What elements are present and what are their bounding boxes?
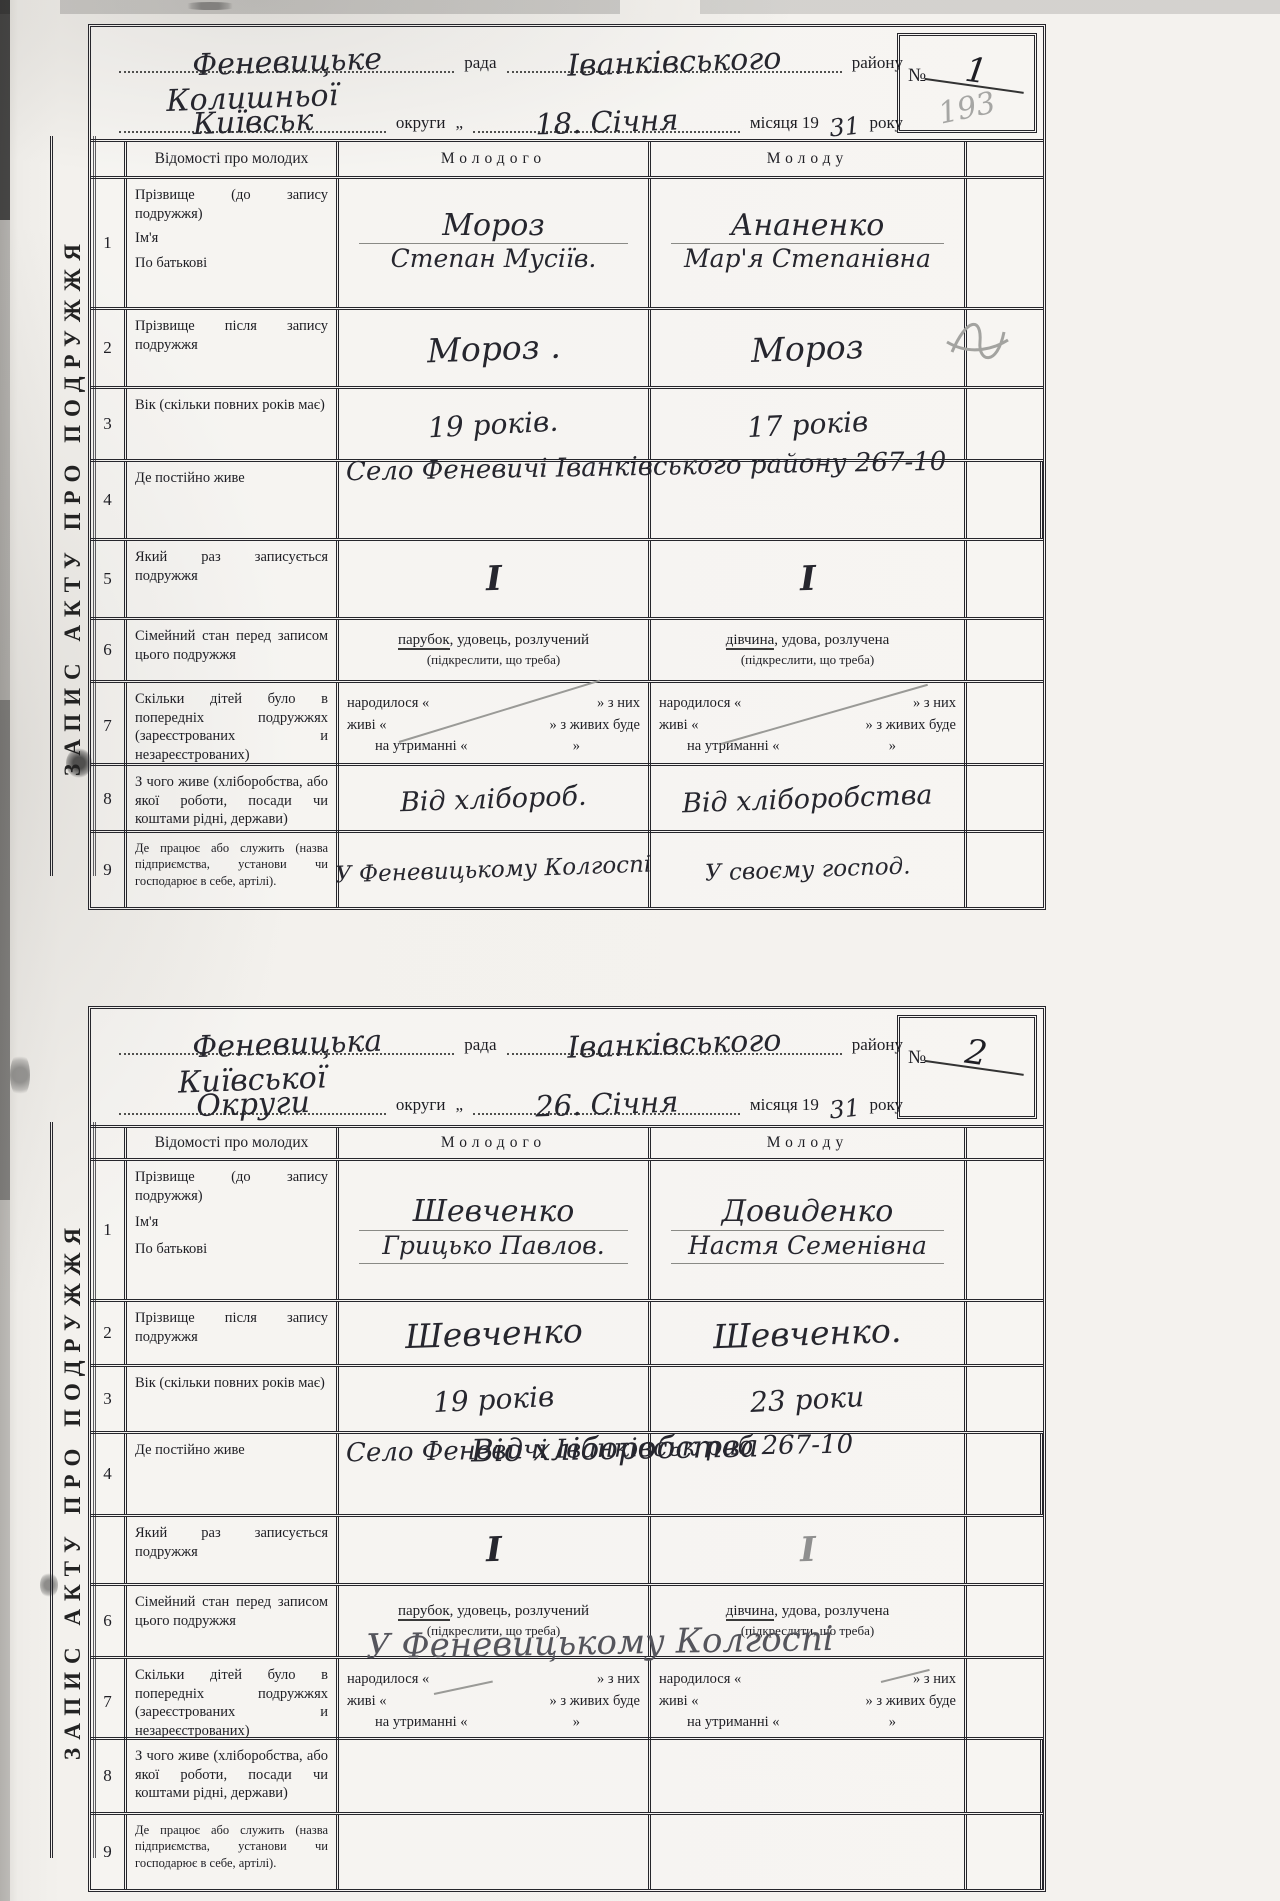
row-number-header [91,1128,127,1158]
bride-workplace-cell [651,1815,967,1889]
number-label: № [908,65,926,87]
dependents-label: на утриманні « [687,1712,780,1734]
margin-column-header [967,1128,1043,1158]
scanned-registry-page: ЗАПИС АКТУ ПРО ПОДРУЖЖЯ ЗАПИС АКТУ ПРО П… [0,0,1280,1901]
pencil-scribble [942,312,1012,372]
margin-cell [967,179,1043,307]
alive-will-be-label: » з живих буде [550,1691,640,1713]
quote-close: » [889,736,896,758]
quote-close: » [889,1712,896,1734]
table-row: 9 Де працює або служить (назва підприємс… [91,1815,1043,1889]
year-handwritten: 31 [828,116,860,138]
table-header-row: Відомості про молодих Молодого Молоду [91,142,1043,179]
marriage-record-form-1: Феневицьке рада Іванківського району Кол… [88,24,1046,910]
born-label: народилося « [347,693,429,715]
question-residence: Де постійно живе [127,462,339,538]
table-row: 3 Вік (скільки повних років має) 19 рокі… [91,1367,1043,1434]
bride-surname-name-cell: Ананенко Мар'я Степанівна [651,179,967,307]
margin-cell [967,1740,1043,1812]
groom-surname-after-cell: Шевченко [339,1302,651,1364]
date-handwritten: 26. Січня [535,1091,679,1119]
bride-column-header: Молоду [651,1128,967,1158]
question-income-source: З чого живе (хліборобства, або якої робо… [127,1740,339,1812]
bride-column-header: Молоду [651,142,967,176]
groom-age-cell: 19 років. [339,389,651,459]
question-surname-after: Прізвище після запису подружжя [127,310,339,386]
question-children-count: Скільки дітей було в попередніх подружжя… [127,1659,339,1744]
groom-age-handwritten: 19 років [432,1379,555,1418]
row-number: 5 [91,541,127,617]
bride-children-cell: народилося «» з них живі «» з живих буде… [651,1659,967,1744]
groom-surname-name-cell: Шевченко Грицько Павлов. [339,1161,651,1299]
bride-marriage-count-handwritten: І [799,559,816,600]
record-number-box: № 1 193 [897,33,1037,133]
groom-workplace-cell [339,1815,651,1889]
status-options: , удовець, розлучений [450,632,589,648]
ink-blot [10,1052,30,1098]
number-label: № [908,1047,926,1069]
table-row: 9 Де працює або служить (назва підприємс… [91,833,1043,907]
groom-income-cell [339,1740,651,1812]
question-surname-before: Прізвище (до запису подружжя) Ім'я По ба… [127,179,339,307]
row-number: 2 [91,310,127,386]
bride-income-cell [651,1740,967,1812]
row-number: 3 [91,1367,127,1431]
groom-surname-after-handwritten: Шевченко [404,1310,583,1355]
quote-mark: „ [455,113,463,133]
council-name-handwritten: Феневицька [191,1030,382,1061]
underlined-status: дівчина [726,1603,775,1621]
margin-cell [967,1434,1043,1514]
question-age: Вік (скільки повних років має) [127,389,339,459]
of-them-label: » з них [597,1669,640,1691]
alive-label: живі « [347,715,387,737]
question-surname-after: Прізвище після запису подружжя [127,1302,339,1364]
year-handwritten: 31 [828,1098,860,1120]
margin-cell [967,1161,1043,1299]
dependents-label: на утриманні « [375,1712,468,1734]
margin-cell [967,683,1043,768]
workplace-handwritten: У Феневицькому Колгоспі [366,1619,834,1667]
groom-surname-handwritten: Шевченко [413,1194,575,1229]
margin-cell [967,833,1043,907]
vertical-caption-label: ЗАПИС АКТУ ПРО ПОДРУЖЖЯ [60,236,86,776]
underlined-status: дівчина [726,632,775,650]
record-number-box: № 2 [897,1015,1037,1119]
bride-name-handwritten: Мар'я Степанівна [684,244,931,273]
row-number: 2 [91,1302,127,1364]
margin-cell [967,1659,1043,1744]
record-table: Відомості про молодих Молодого Молоду 1 … [91,139,1043,907]
groom-marriage-count-cell: І [339,541,651,617]
groom-income-cell: Від хлібороб. [339,766,651,833]
bride-surname-after-cell: Мороз [651,310,967,386]
alive-label: живі « [659,1691,699,1713]
groom-name-handwritten: Степан Мусіїв. [391,244,597,273]
council-label: рада [464,1035,496,1055]
question-age: Вік (скільки повних років має) [127,1367,339,1431]
okruha-label: округи [396,1095,446,1115]
row-number: 7 [91,1659,127,1744]
question-line: Прізвище (до запису подружжя) [135,1168,328,1205]
groom-column-header: Молодого [339,1128,651,1158]
groom-children-cell: народилося «» з них живі «» з живих буде… [339,683,651,768]
row-number: 9 [91,1815,127,1889]
row-number: 9 [91,833,127,907]
vertical-caption-label: ЗАПИС АКТУ ПРО ПОДРУЖЖЯ [60,1220,86,1760]
question-line: Ім'я [135,229,328,248]
alive-label: живі « [347,1691,387,1713]
alive-will-be-label: » з живих буде [866,1691,956,1713]
question-surname-before: Прізвище (до запису подружжя) Ім'я По ба… [127,1161,339,1299]
bride-workplace-cell: У своєму господ. [651,833,967,907]
okruha-name-handwritten: Колишньої Київськ [118,82,386,139]
row-number: 3 [91,389,127,459]
table-header-row: Відомості про молодих Молодого Молоду [91,1128,1043,1161]
groom-name-handwritten: Грицько Павлов. [382,1231,604,1260]
row-number: 4 [91,462,127,538]
table-row: 1 Прізвище (до запису подружжя) Ім'я По … [91,1161,1043,1302]
okruha-label: округи [396,113,446,133]
groom-marriage-count-handwritten: І [485,559,502,600]
question-income-source: З чого живе (хліборобства, або якої робо… [127,766,339,833]
alive-will-be-label: » з живих буде [866,715,956,737]
groom-surname-after-cell: Мороз . [339,310,651,386]
dependents-label: на утриманні « [375,736,468,758]
groom-marriage-count-handwritten: І [485,1530,502,1571]
groom-income-handwritten: Від хлібороб. [400,781,588,818]
income-handwritten: Від хліборобства [471,1428,759,1469]
born-label: народилося « [659,693,741,715]
district-label: району [852,1035,903,1055]
quote-close: » [573,736,580,758]
status-options: , удовець, розлучений [450,1603,589,1619]
district-name-handwritten: Іванківського [567,47,782,78]
born-label: народилося « [659,1669,741,1691]
bride-surname-after-handwritten: Мороз [751,327,865,370]
bride-marriage-count-cell: І [651,1517,967,1583]
question-line: Прізвище (до запису подружжя) [135,186,328,223]
council-label: рада [464,53,496,73]
question-marital-status: Сімейний стан перед записом цього подруж… [127,1586,339,1656]
district-name-handwritten: Іванківського [567,1029,782,1060]
row-number: 7 [91,683,127,768]
table-row: 2 Прізвище після запису подружжя Шевченк… [91,1302,1043,1367]
row-number-header [91,142,127,176]
margin-column-header [967,142,1043,176]
status-options: , удова, розлучена [774,1603,889,1619]
table-row: 8 З чого живе (хліборобства, або якої ро… [91,766,1043,833]
bride-children-cell: народилося «» з них живі «» з живих буде… [651,683,967,768]
table-row: 6 Сімейний стан перед записом цього подр… [91,620,1043,683]
row-number: 1 [91,1161,127,1299]
question-children-count: Скільки дітей було в попередніх подружжя… [127,683,339,768]
table-row: 7 Скільки дітей було в попередніх подруж… [91,683,1043,766]
groom-age-cell: 19 років [339,1367,651,1431]
form-header: Феневицька рада Іванківського району Киї… [91,1009,1043,1125]
question-marriage-count: Який раз записується подружжя [127,541,339,617]
question-marital-status: Сімейний стан перед записом цього подруж… [127,620,339,680]
status-options: , удова, розлучена [774,632,889,648]
groom-surname-handwritten: Мороз [442,208,544,243]
groom-column-header: Молодого [339,142,651,176]
groom-marriage-count-cell: І [339,1517,651,1583]
bride-marriage-count-handwritten: І [799,1530,816,1571]
info-column-header: Відомості про молодих [127,1128,339,1158]
bride-age-handwritten: 17 років [746,404,869,443]
question-line: По батькові [135,254,328,273]
table-row: 5 Який раз записується подружжя І І [91,541,1043,620]
bride-surname-handwritten: Ананенко [731,208,885,243]
table-row: 2 Прізвище після запису подружжя Мороз .… [91,310,1043,389]
council-name-handwritten: Феневицьке [192,48,383,79]
month-year-label: місяця 19 [750,1095,819,1115]
row-number: 6 [91,620,127,680]
district-label: району [852,53,903,73]
row-number [91,1517,127,1583]
table-row: 4 Де постійно живе Село Феневичі Іванків… [91,462,1043,541]
of-them-label: » з них [597,693,640,715]
margin-cell [967,1586,1043,1656]
record-table: Відомості про молодих Молодого Молоду 1 … [91,1125,1043,1889]
record-number-handwritten: 2 [925,1033,1028,1076]
underline-hint: (підкреслити, що треба) [347,652,640,668]
question-line: По батькові [135,1240,328,1259]
table-row: 8 З чого живе (хліборобства, або якої ро… [91,1740,1043,1815]
alive-will-be-label: » з живих буде [550,715,640,737]
question-residence: Де постійно живе [127,1434,339,1514]
margin-cell [967,620,1043,680]
bride-surname-after-cell: Шевченко. [651,1302,967,1364]
margin-cell [967,766,1043,833]
row-number: 8 [91,1740,127,1812]
info-column-header: Відомості про молодих [127,142,339,176]
margin-cell [967,1517,1043,1583]
bride-surname-handwritten: Довиденко [722,1194,894,1229]
margin-cell [967,541,1043,617]
bride-surname-name-cell: Довиденко Настя Семенівна [651,1161,967,1299]
bride-income-handwritten: Від хліборобства [682,779,933,819]
groom-workplace-handwritten: У Феневицькому Колгоспі [335,851,652,888]
question-line: Ім'я [135,1213,328,1232]
alive-label: живі « [659,715,699,737]
margin-cell [967,1302,1043,1364]
bride-age-cell: 23 роки [651,1367,967,1431]
bride-workplace-handwritten: У своєму господ. [704,853,910,886]
okruha-name-handwritten: Київської Округи [118,1064,386,1121]
question-marriage-count: Який раз записується подружжя [127,1517,339,1583]
of-them-label: » з них [913,693,956,715]
quote-mark: „ [455,1095,463,1115]
born-label: народилося « [347,1669,429,1691]
groom-age-handwritten: 19 років. [428,404,560,444]
date-handwritten: 18. Січня [535,109,679,137]
table-row: 7 Скільки дітей було в попередніх подруж… [91,1659,1043,1740]
question-workplace: Де працює або служить (назва підприємств… [127,1815,339,1889]
ink-blot [180,2,240,10]
margin-cell [967,1367,1043,1431]
bride-marriage-count-cell: І [651,541,967,617]
marriage-record-form-2: Феневицька рада Іванківського району Киї… [88,1006,1046,1892]
margin-cell [967,1815,1043,1889]
margin-cell [967,462,1043,538]
underlined-status: парубок [398,1603,450,1621]
bride-surname-after-handwritten: Шевченко. [713,1310,903,1356]
margin-cell [967,389,1043,459]
form-header: Феневицьке рада Іванківського району Кол… [91,27,1043,139]
quote-close: » [573,1712,580,1734]
underlined-status: парубок [398,632,450,650]
row-number: 4 [91,1434,127,1514]
groom-children-cell: народилося «» з них живі «» з живих буде… [339,1659,651,1744]
row-number: 6 [91,1586,127,1656]
groom-surname-name-cell: Мороз Степан Мусіїв. [339,179,651,307]
bride-name-handwritten: Настя Семенівна [688,1231,927,1260]
table-row: Який раз записується подружжя І І [91,1517,1043,1586]
month-year-label: місяця 19 [750,113,819,133]
question-workplace: Де працює або служить (назва підприємств… [127,833,339,907]
underline-hint: (підкреслити, що треба) [659,652,956,668]
groom-marital-status-cell: парубок, удовець, розлучений (підкреслит… [339,620,651,680]
bride-income-cell: Від хліборобства [651,766,967,833]
bride-age-handwritten: 23 роки [750,1380,866,1419]
groom-surname-after-handwritten: Мороз . [426,326,561,370]
row-number: 1 [91,179,127,307]
row-number: 8 [91,766,127,833]
groom-workplace-cell: У Феневицькому Колгоспі [339,833,651,907]
bride-marital-status-cell: дівчина, удова, розлучена (підкреслити, … [651,620,967,680]
table-row: 1 Прізвище (до запису подружжя) Ім'я По … [91,179,1043,310]
scan-artifact [0,0,10,1901]
